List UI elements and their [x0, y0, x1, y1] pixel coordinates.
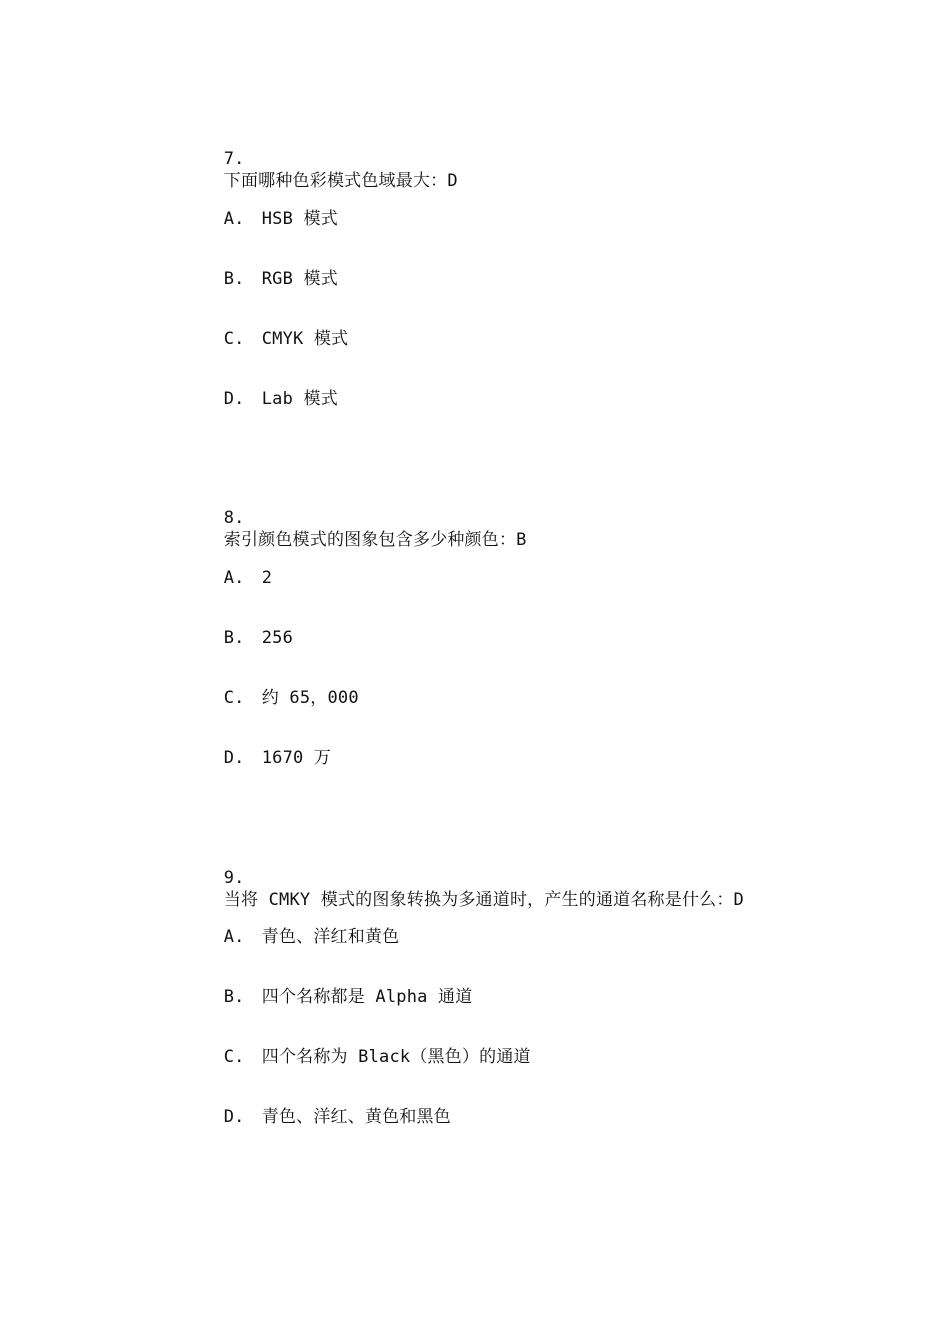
- option-text: 约 65，000: [262, 687, 359, 709]
- option-text: 青色、洋红和黄色: [262, 926, 400, 948]
- option-letter: A.: [224, 926, 262, 948]
- option-8b: B.256: [182, 605, 293, 671]
- option-text: 256: [262, 627, 293, 649]
- option-text: 2: [262, 567, 272, 589]
- option-text: 四个名称都是 Alpha 通道: [262, 986, 473, 1008]
- question-number: 7.: [224, 149, 245, 169]
- option-text: 四个名称为 Black（黑色）的通道: [262, 1046, 531, 1068]
- option-8c: C.约 65，000: [182, 665, 359, 731]
- option-letter: B.: [224, 986, 262, 1008]
- option-9c: C.四个名称为 Black（黑色）的通道: [182, 1024, 531, 1090]
- option-text: CMYK 模式: [262, 328, 349, 350]
- option-letter: B.: [224, 268, 262, 290]
- option-letter: B.: [224, 627, 262, 649]
- option-letter: C.: [224, 1046, 262, 1068]
- option-9d: D.青色、洋红、黄色和黑色: [182, 1084, 451, 1150]
- question-number: 9.: [224, 868, 245, 888]
- option-7a: A.HSB 模式: [182, 186, 338, 252]
- option-8d: D.1670 万: [182, 725, 331, 791]
- option-7d: D.Lab 模式: [182, 366, 338, 432]
- option-8a: A.2: [182, 545, 272, 611]
- option-letter: C.: [224, 687, 262, 709]
- option-letter: D.: [224, 747, 262, 769]
- option-7c: C.CMYK 模式: [182, 306, 348, 372]
- option-9b: B.四个名称都是 Alpha 通道: [182, 964, 472, 1030]
- option-text: HSB 模式: [262, 208, 338, 230]
- option-letter: D.: [224, 388, 262, 410]
- option-letter: D.: [224, 1106, 262, 1128]
- option-text: 青色、洋红、黄色和黑色: [262, 1106, 451, 1128]
- option-7b: B.RGB 模式: [182, 246, 338, 312]
- option-text: 1670 万: [262, 747, 331, 769]
- option-letter: A.: [224, 208, 262, 230]
- question-number: 8.: [224, 508, 245, 528]
- option-letter: C.: [224, 328, 262, 350]
- option-text: RGB 模式: [262, 268, 338, 290]
- document-page: 7. 下面哪种色彩模式色域最大：D A.HSB 模式 B.RGB 模式 C.CM…: [0, 0, 950, 1344]
- option-9a: A.青色、洋红和黄色: [182, 904, 399, 970]
- option-letter: A.: [224, 567, 262, 589]
- option-text: Lab 模式: [262, 388, 338, 410]
